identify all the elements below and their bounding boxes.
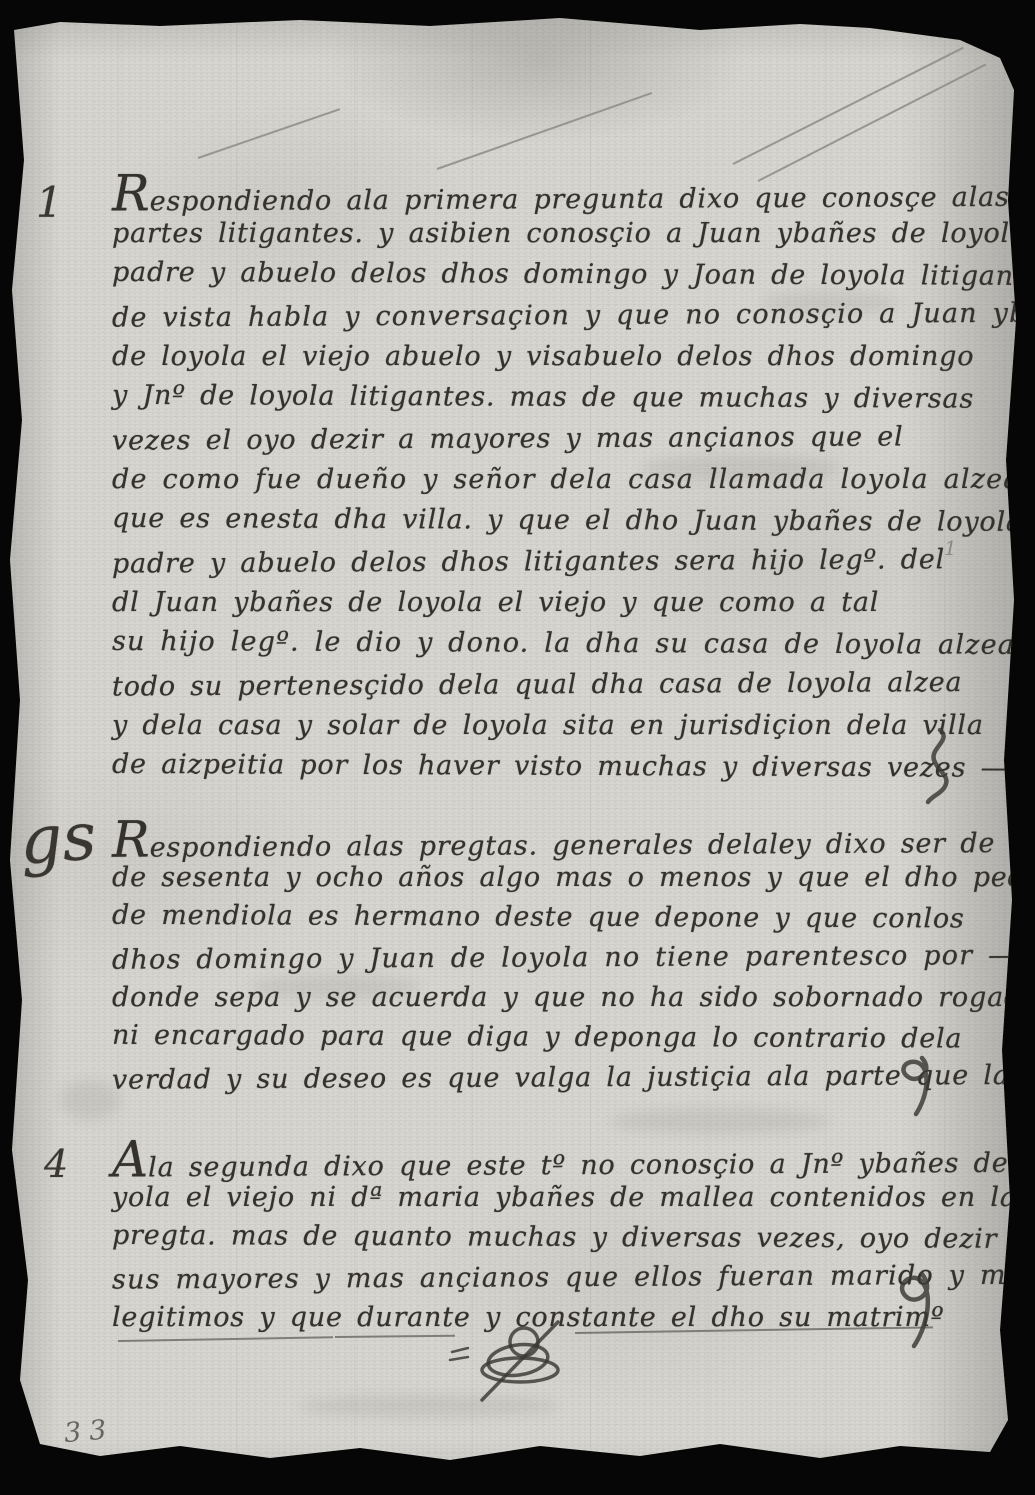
text-line: de loyola el viejo abuelo y visabuelo de…	[112, 336, 1035, 377]
text-line: padre y abuelo delos dhos domingo y Joan…	[112, 252, 1035, 297]
text-line: pregta. mas de quanto muchas y diversas …	[112, 1216, 1035, 1260]
margin-mark-section-2: gs	[17, 797, 98, 879]
text-line: yola el viejo ni dª maria ybañes de mall…	[112, 1178, 1035, 1218]
manuscript-page: 1 gs 4 Respondiendo ala primera pregunta…	[0, 0, 1035, 1495]
text-line: partes litigantes. y asibien conosçio a …	[112, 213, 1035, 254]
text-line: vezes el oyo dezir a mayores y mas ançia…	[112, 415, 1035, 461]
notary-rubric-icon	[438, 1312, 588, 1416]
text-line: todo su pertenesçido dela qual dha casa …	[112, 661, 1035, 707]
bleedthrough-smudge	[610, 1108, 830, 1134]
manuscript-scan: 1 gs 4 Respondiendo ala primera pregunta…	[0, 0, 1035, 1495]
text-line: y Jnº de loyola litigantes. mas de que m…	[112, 375, 1035, 420]
text-line: de sesenta y ocho años algo mas o menos …	[112, 858, 1035, 898]
margin-mark-section-3: 4	[44, 1142, 68, 1186]
flourish-swash-icon	[884, 1268, 939, 1357]
text-line: y dela casa y solar de loyola sita en ju…	[112, 705, 1035, 746]
text-line: Respondiendo alas pregtas. generales del…	[112, 815, 1035, 860]
bleedthrough-smudge	[60, 1080, 120, 1120]
text-line: padre y abuelo delos dhos litigantes ser…	[112, 538, 1035, 584]
faint-right-mark: 1	[944, 536, 957, 560]
testimony-paragraph-1: Respondiendo ala primera pregunta dixo q…	[112, 172, 1035, 787]
pen-slash-mark	[733, 47, 964, 165]
text-line: de mendiola es hermano deste que depone …	[112, 896, 1035, 940]
text-line: donde sepa y se acuerda y que no ha sido…	[112, 978, 1035, 1018]
text-line: de vista habla y conversaçion y que no c…	[112, 292, 1035, 338]
margin-mark-section-1: 1	[36, 178, 63, 227]
flourish-swash-icon	[888, 1052, 938, 1126]
text-line: dhos domingo y Juan de loyola no tiene p…	[112, 935, 1035, 980]
text-line: dl Juan ybañes de loyola el viejo y que …	[112, 582, 1035, 623]
flourish-swash-icon	[918, 726, 958, 810]
text-line: su hijo legº. le dio y dono. la dha su c…	[112, 621, 1035, 666]
pen-slash-mark	[437, 92, 653, 170]
text-line: Respondiendo ala primera pregunta dixo q…	[112, 169, 1035, 215]
text-line: de aizpeitia por los haver visto muchas …	[112, 744, 1035, 789]
text-line: Ala segunda dixo que este tº no conosçio…	[112, 1135, 1035, 1180]
text-line: que es enesta dha villa. y que el dho Ju…	[112, 498, 1035, 543]
pen-slash-mark	[758, 63, 987, 181]
text-line: de como fue dueño y señor dela casa llam…	[112, 459, 1035, 500]
folio-number: 33	[63, 1414, 116, 1449]
pen-slash-mark	[198, 108, 340, 159]
